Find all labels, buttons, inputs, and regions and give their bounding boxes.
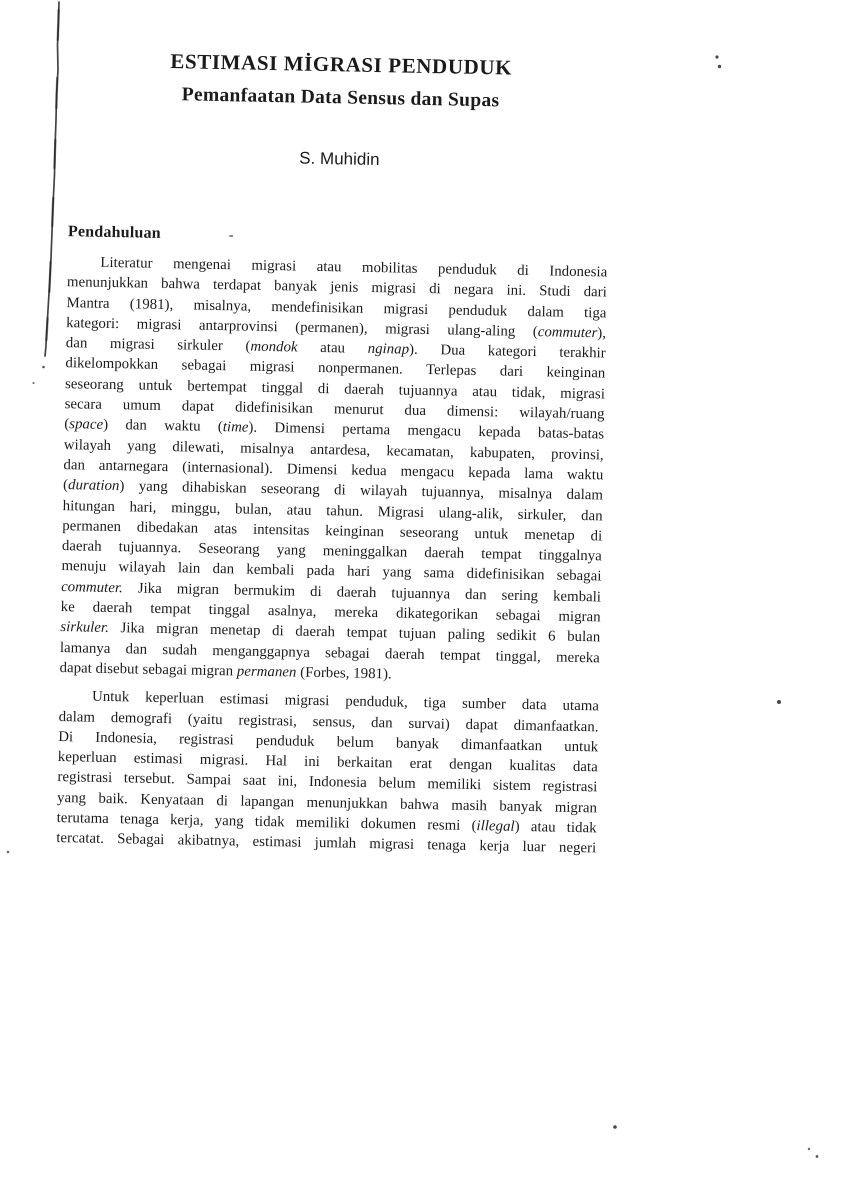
- italic-text-segment: space: [69, 417, 103, 434]
- section-heading: Pendahuluan: [68, 223, 161, 243]
- italic-text-segment: duration: [68, 477, 120, 494]
- paragraph-introduction-1: Literatur mengenai migrasi atau mobilita…: [59, 252, 607, 689]
- text-segment: ) dan waktu (: [103, 417, 223, 435]
- scan-speck: [613, 1125, 617, 1129]
- scan-speck: [718, 65, 721, 68]
- text-segment: ),: [597, 325, 606, 341]
- italic-text-segment: nginap: [368, 341, 410, 358]
- scan-speck: [816, 1155, 819, 1158]
- book-spine-edge-texture: [46, 10, 58, 340]
- scan-speck: [777, 700, 781, 704]
- section-heading-row: Pendahuluan -: [68, 223, 608, 252]
- italic-text-segment: sirkuler.: [60, 619, 109, 636]
- text-segment: atau: [297, 340, 367, 357]
- text-segment: dan migrasi sirkuler (: [66, 335, 251, 355]
- scan-speck: [808, 1148, 810, 1150]
- italic-text-segment: permanen: [237, 663, 297, 680]
- scan-speck: [32, 382, 34, 384]
- document-title: ESTIMASI MİGRASI PENDUDUK: [71, 48, 611, 80]
- book-spine-edge: [45, 2, 59, 356]
- text-segment: (Forbes, 1981).: [296, 665, 392, 683]
- scanned-document-page: ESTIMASI MİGRASI PENDUDUK Pemanfaatan Da…: [0, 0, 850, 1203]
- scan-speck: [7, 851, 10, 854]
- text-segment: ) atau tidak: [515, 819, 597, 837]
- italic-text-segment: commuter.: [61, 579, 123, 596]
- stray-dash-mark: -: [229, 227, 234, 245]
- paragraph-introduction-2: Untuk keperluan estimasi migrasi pendudu…: [56, 686, 599, 859]
- document-subtitle: Pemanfaatan Data Sensus dan Supas: [70, 82, 610, 113]
- italic-text-segment: illegal: [476, 818, 514, 835]
- italic-text-segment: time: [223, 420, 249, 436]
- scan-speck: [715, 55, 718, 58]
- text-segment: dapat disebut sebagai migran: [59, 660, 237, 679]
- italic-text-segment: commuter: [538, 324, 598, 341]
- scan-speck: [42, 366, 45, 369]
- document-content: ESTIMASI MİGRASI PENDUDUK Pemanfaatan Da…: [56, 45, 611, 859]
- italic-text-segment: mondok: [250, 339, 297, 356]
- text-segment: ). Dua kategori terakhir: [409, 342, 606, 362]
- author-name: S. Muhidin: [69, 145, 609, 173]
